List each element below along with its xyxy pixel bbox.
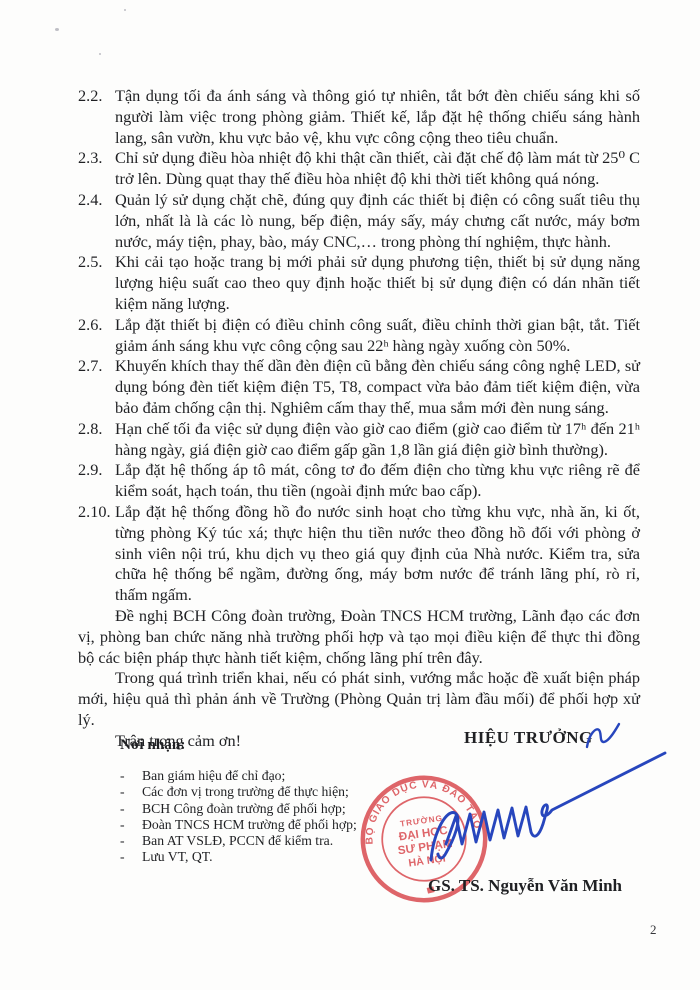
list-item-text: Quản lý sử dụng chặt chẽ, đúng quy định … <box>115 190 640 252</box>
list-item: 2.5. Khi cải tạo hoặc trang bị mới phải … <box>78 252 640 314</box>
dash-marker: - <box>120 849 142 865</box>
recipient-text: Đoàn TNCS HCM trường để phối hợp; <box>142 817 357 833</box>
list-item-text: Khuyến khích thay thế dần đèn điện cũ bằ… <box>115 356 640 418</box>
list-item-text: Lắp đặt thiết bị điện có điều chỉnh công… <box>115 315 640 357</box>
list-item: 2.4. Quản lý sử dụng chặt chẽ, đúng quy … <box>78 190 640 252</box>
list-item-text: Tận dụng tối đa ánh sáng và thông gió tự… <box>115 86 640 148</box>
recipient-text: Lưu VT, QT. <box>142 849 213 865</box>
list-item-number: 2.2. <box>78 86 115 107</box>
list-item-text: Lắp đặt hệ thống áp tô mát, công tơ đo đ… <box>115 460 640 502</box>
list-item: 2.6. Lắp đặt thiết bị điện có điều chỉnh… <box>78 315 640 357</box>
dash-marker: - <box>120 801 142 817</box>
list-item-text: Khi cải tạo hoặc trang bị mới phải sử dụ… <box>115 252 640 314</box>
list-item-number: 2.4. <box>78 190 115 211</box>
paragraph: Đề nghị BCH Công đoàn trường, Đoàn TNCS … <box>78 606 640 668</box>
document-body: 2.2. Tận dụng tối đa ánh sáng và thông g… <box>78 86 640 752</box>
signer-name: GS. TS. Nguyễn Văn Minh <box>428 876 622 896</box>
list-item-number: 2.8. <box>78 419 115 440</box>
list-item-number: 2.3. <box>78 148 115 169</box>
recipient-text: BCH Công đoàn trường để phối hợp; <box>142 801 346 817</box>
dash-marker: - <box>120 817 142 833</box>
list-item: 2.9. Lắp đặt hệ thống áp tô mát, công tơ… <box>78 460 640 502</box>
paragraph: Trong quá trình triển khai, nếu có phát … <box>78 668 640 730</box>
recipient-text: Ban AT VSLĐ, PCCN để kiểm tra. <box>142 833 333 849</box>
list-item: 2.7. Khuyến khích thay thế dần đèn điện … <box>78 356 640 418</box>
recipients-title: Nơi nhận: <box>120 736 420 754</box>
list-item: 2.10. Lắp đặt hệ thống đồng hồ đo nước s… <box>78 502 640 606</box>
scan-speck <box>99 53 101 55</box>
page-number: 2 <box>650 922 657 938</box>
list-item: 2.8. Hạn chế tối đa việc sử dụng điện và… <box>78 419 640 461</box>
recipient-text: Ban giám hiệu để chỉ đạo; <box>142 768 285 784</box>
list-item-number: 2.9. <box>78 460 115 481</box>
dash-marker: - <box>120 833 142 849</box>
list-item-text: Hạn chế tối đa việc sử dụng điện vào giờ… <box>115 419 640 461</box>
list-item-text: Chỉ sử dụng điều hòa nhiệt độ khi thật c… <box>115 148 640 190</box>
numbered-list: 2.2. Tận dụng tối đa ánh sáng và thông g… <box>78 86 640 606</box>
dash-marker: - <box>120 768 142 784</box>
scan-speck <box>124 9 126 11</box>
list-item-number: 2.7. <box>78 356 115 377</box>
list-item-number: 2.6. <box>78 315 115 336</box>
list-item-number: 2.5. <box>78 252 115 273</box>
list-item: 2.3. Chỉ sử dụng điều hòa nhiệt độ khi t… <box>78 148 640 190</box>
list-item: 2.2. Tận dụng tối đa ánh sáng và thông g… <box>78 86 640 148</box>
document-page: 2.2. Tận dụng tối đa ánh sáng và thông g… <box>0 0 700 990</box>
list-item-number: 2.10. <box>78 502 115 523</box>
dash-marker: - <box>120 784 142 800</box>
scan-speck <box>55 28 59 31</box>
list-item-text: Lắp đặt hệ thống đồng hồ đo nước sinh ho… <box>115 502 640 606</box>
signer-title: HIỆU TRƯỞNG <box>464 728 593 748</box>
recipient-text: Các đơn vị trong trường để thực hiện; <box>142 784 349 800</box>
